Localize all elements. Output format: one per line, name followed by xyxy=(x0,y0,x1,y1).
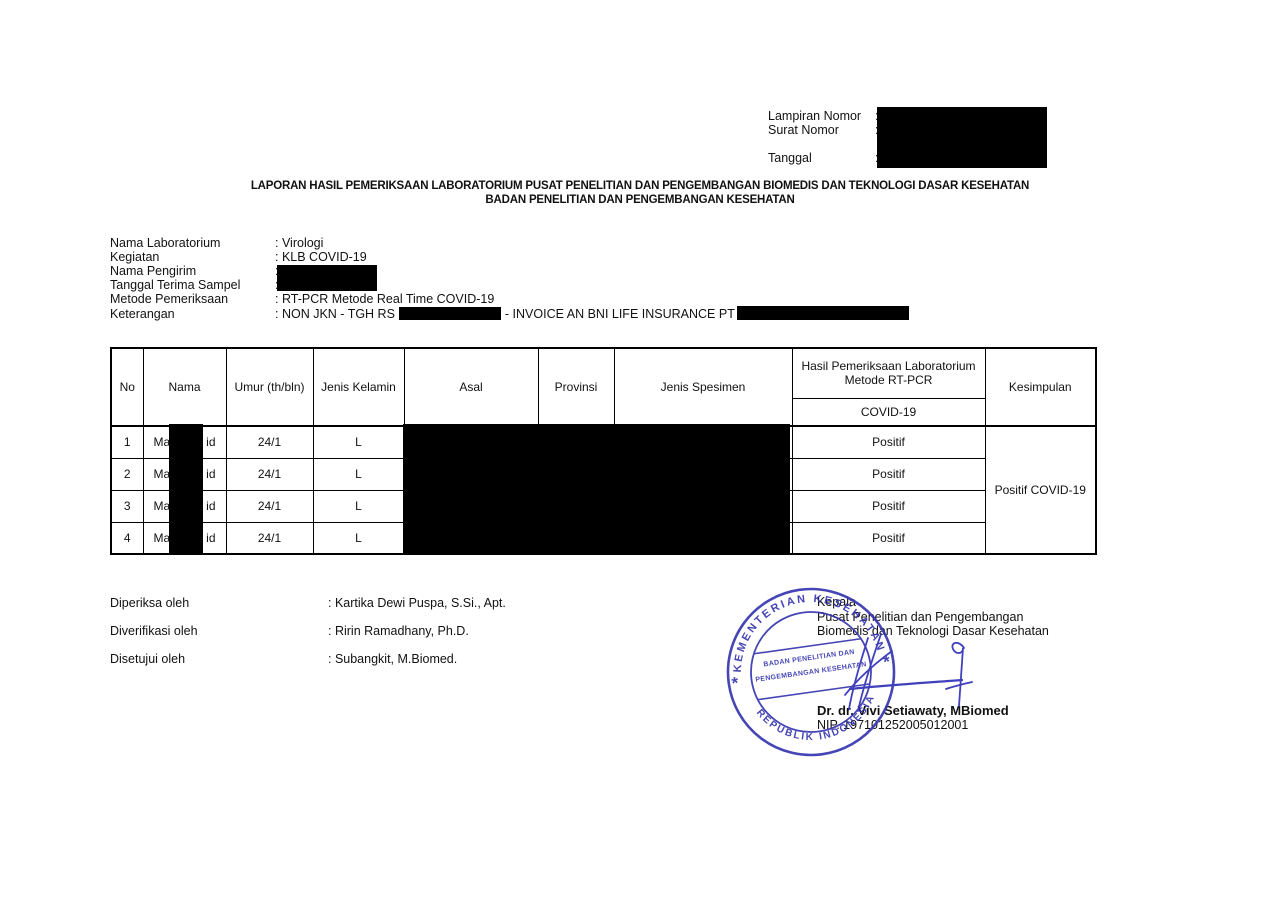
cell-umur: 24/1 xyxy=(226,490,313,522)
report-title: LAPORAN HASIL PEMERIKSAAN LABORATORIUM P… xyxy=(0,180,1280,207)
cell-no: 4 xyxy=(111,522,143,554)
cell-hasil: Positif xyxy=(792,490,985,522)
field-keterangan-label: Keterangan xyxy=(110,307,275,321)
field-keterangan: Keterangan: NON JKN - TGH RS- INVOICE AN… xyxy=(110,306,909,321)
cell-umur: 24/1 xyxy=(226,426,313,458)
nama-prefix: Ma xyxy=(153,467,170,481)
cell-umur: 24/1 xyxy=(226,522,313,554)
field-nama-laboratorium-label: Nama Laboratorium xyxy=(110,236,275,250)
nama-prefix: Ma xyxy=(153,499,170,513)
cell-jenis-kelamin: L xyxy=(313,490,404,522)
col-header-hasil-covid19: COVID-19 xyxy=(792,398,985,426)
cell-jenis-kelamin: L xyxy=(313,522,404,554)
cell-hasil: Positif xyxy=(792,522,985,554)
signatory-label: Diperiksa oleh xyxy=(110,596,328,610)
col-header-provinsi: Provinsi xyxy=(538,348,614,426)
field-keterangan-value-prefix: : NON JKN - TGH RS xyxy=(275,307,395,321)
ref-surat-row: Surat Nomor: xyxy=(768,123,878,137)
cell-jenis-kelamin: L xyxy=(313,458,404,490)
field-tanggal-terima-sampel-label: Tanggal Terima Sampel xyxy=(110,278,275,292)
nama-prefix: Ma xyxy=(153,435,170,449)
signatory-block: Diperiksa oleh: Kartika Dewi Puspa, S.Si… xyxy=(110,596,506,680)
ref-lampiran-row: Lampiran Nomor: xyxy=(768,109,878,123)
stamp-star-left-icon: * xyxy=(731,673,741,693)
pengirim-redaction-box xyxy=(277,265,377,291)
nama-suffix: id xyxy=(206,467,215,481)
nama-column-redaction xyxy=(169,424,203,555)
field-metode-pemeriksaan-label: Metode Pemeriksaan xyxy=(110,292,275,306)
signatory-label: Disetujui oleh xyxy=(110,652,328,666)
signatory-label: Diverifikasi oleh xyxy=(110,624,328,638)
ministry-stamp: KEMENTERIAN KESEHATAN REPUBLIK INDONESIA… xyxy=(698,576,998,776)
col-header-hasil: Hasil Pemeriksaan Laboratorium Metode RT… xyxy=(792,348,985,398)
report-title-line2: BADAN PENELITIAN DAN PENGEMBANGAN KESEHA… xyxy=(0,194,1280,208)
col-header-no: No xyxy=(111,348,143,426)
field-kegiatan-value: : KLB COVID-19 xyxy=(275,250,367,264)
cell-hasil: Positif xyxy=(792,426,985,458)
asal-provinsi-spesimen-redaction xyxy=(403,424,790,555)
field-tanggal-terima-sampel: Tanggal Terima Sampel: xyxy=(110,278,909,292)
col-header-nama: Nama xyxy=(143,348,226,426)
cell-umur: 24/1 xyxy=(226,458,313,490)
signatory-value: : Kartika Dewi Puspa, S.Si., Apt. xyxy=(328,596,506,610)
ref-tanggal-label: Tanggal xyxy=(768,151,875,165)
nama-prefix: Ma xyxy=(153,531,170,545)
cell-no: 2 xyxy=(111,458,143,490)
field-metode-pemeriksaan: Metode Pemeriksaan: RT-PCR Metode Real T… xyxy=(110,292,909,306)
field-nama-pengirim-label: Nama Pengirim xyxy=(110,264,275,278)
col-header-umur: Umur (th/bln) xyxy=(226,348,313,426)
field-metode-pemeriksaan-value: : RT-PCR Metode Real Time COVID-19 xyxy=(275,292,494,306)
signatory-row: Diperiksa oleh: Kartika Dewi Puspa, S.Si… xyxy=(110,596,506,610)
field-nama-pengirim: Nama Pengirim: xyxy=(110,264,909,278)
ref-tanggal-row: Tanggal: xyxy=(768,151,878,165)
field-keterangan-value-mid: - INVOICE AN BNI LIFE INSURANCE PT xyxy=(505,307,735,321)
keterangan-redaction-1 xyxy=(399,307,501,320)
col-header-asal: Asal xyxy=(404,348,538,426)
reference-block: Lampiran Nomor: Surat Nomor: Tanggal: xyxy=(768,109,878,165)
ref-surat-label: Surat Nomor xyxy=(768,123,875,137)
cell-no: 1 xyxy=(111,426,143,458)
field-nama-laboratorium: Nama Laboratorium: Virologi xyxy=(110,236,909,250)
lab-report-page: Lampiran Nomor: Surat Nomor: Tanggal: LA… xyxy=(0,0,1280,905)
ref-redaction-box xyxy=(877,107,1047,168)
signatory-value: : Subangkit, M.Biomed. xyxy=(328,652,457,666)
cell-kesimpulan: Positif COVID-19 xyxy=(985,426,1096,554)
field-kegiatan-label: Kegiatan xyxy=(110,250,275,264)
cell-no: 3 xyxy=(111,490,143,522)
ref-lampiran-label: Lampiran Nomor xyxy=(768,109,875,123)
nama-suffix: id xyxy=(206,499,215,513)
col-header-jenis-spesimen: Jenis Spesimen xyxy=(614,348,792,426)
nama-suffix: id xyxy=(206,531,215,545)
nama-suffix: id xyxy=(206,435,215,449)
cell-jenis-kelamin: L xyxy=(313,426,404,458)
col-header-kesimpulan: Kesimpulan xyxy=(985,348,1096,426)
signatory-row: Diverifikasi oleh: Ririn Ramadhany, Ph.D… xyxy=(110,624,506,638)
info-fields: Nama Laboratorium: Virologi Kegiatan: KL… xyxy=(110,236,909,321)
field-nama-laboratorium-value: : Virologi xyxy=(275,236,323,250)
col-header-jenis-kelamin: Jenis Kelamin xyxy=(313,348,404,426)
cell-hasil: Positif xyxy=(792,458,985,490)
field-kegiatan: Kegiatan: KLB COVID-19 xyxy=(110,250,909,264)
signatory-row: Disetujui oleh: Subangkit, M.Biomed. xyxy=(110,652,506,666)
report-title-line1: LAPORAN HASIL PEMERIKSAAN LABORATORIUM P… xyxy=(0,180,1280,194)
keterangan-redaction-2 xyxy=(737,306,909,320)
signatory-value: : Ririn Ramadhany, Ph.D. xyxy=(328,624,469,638)
